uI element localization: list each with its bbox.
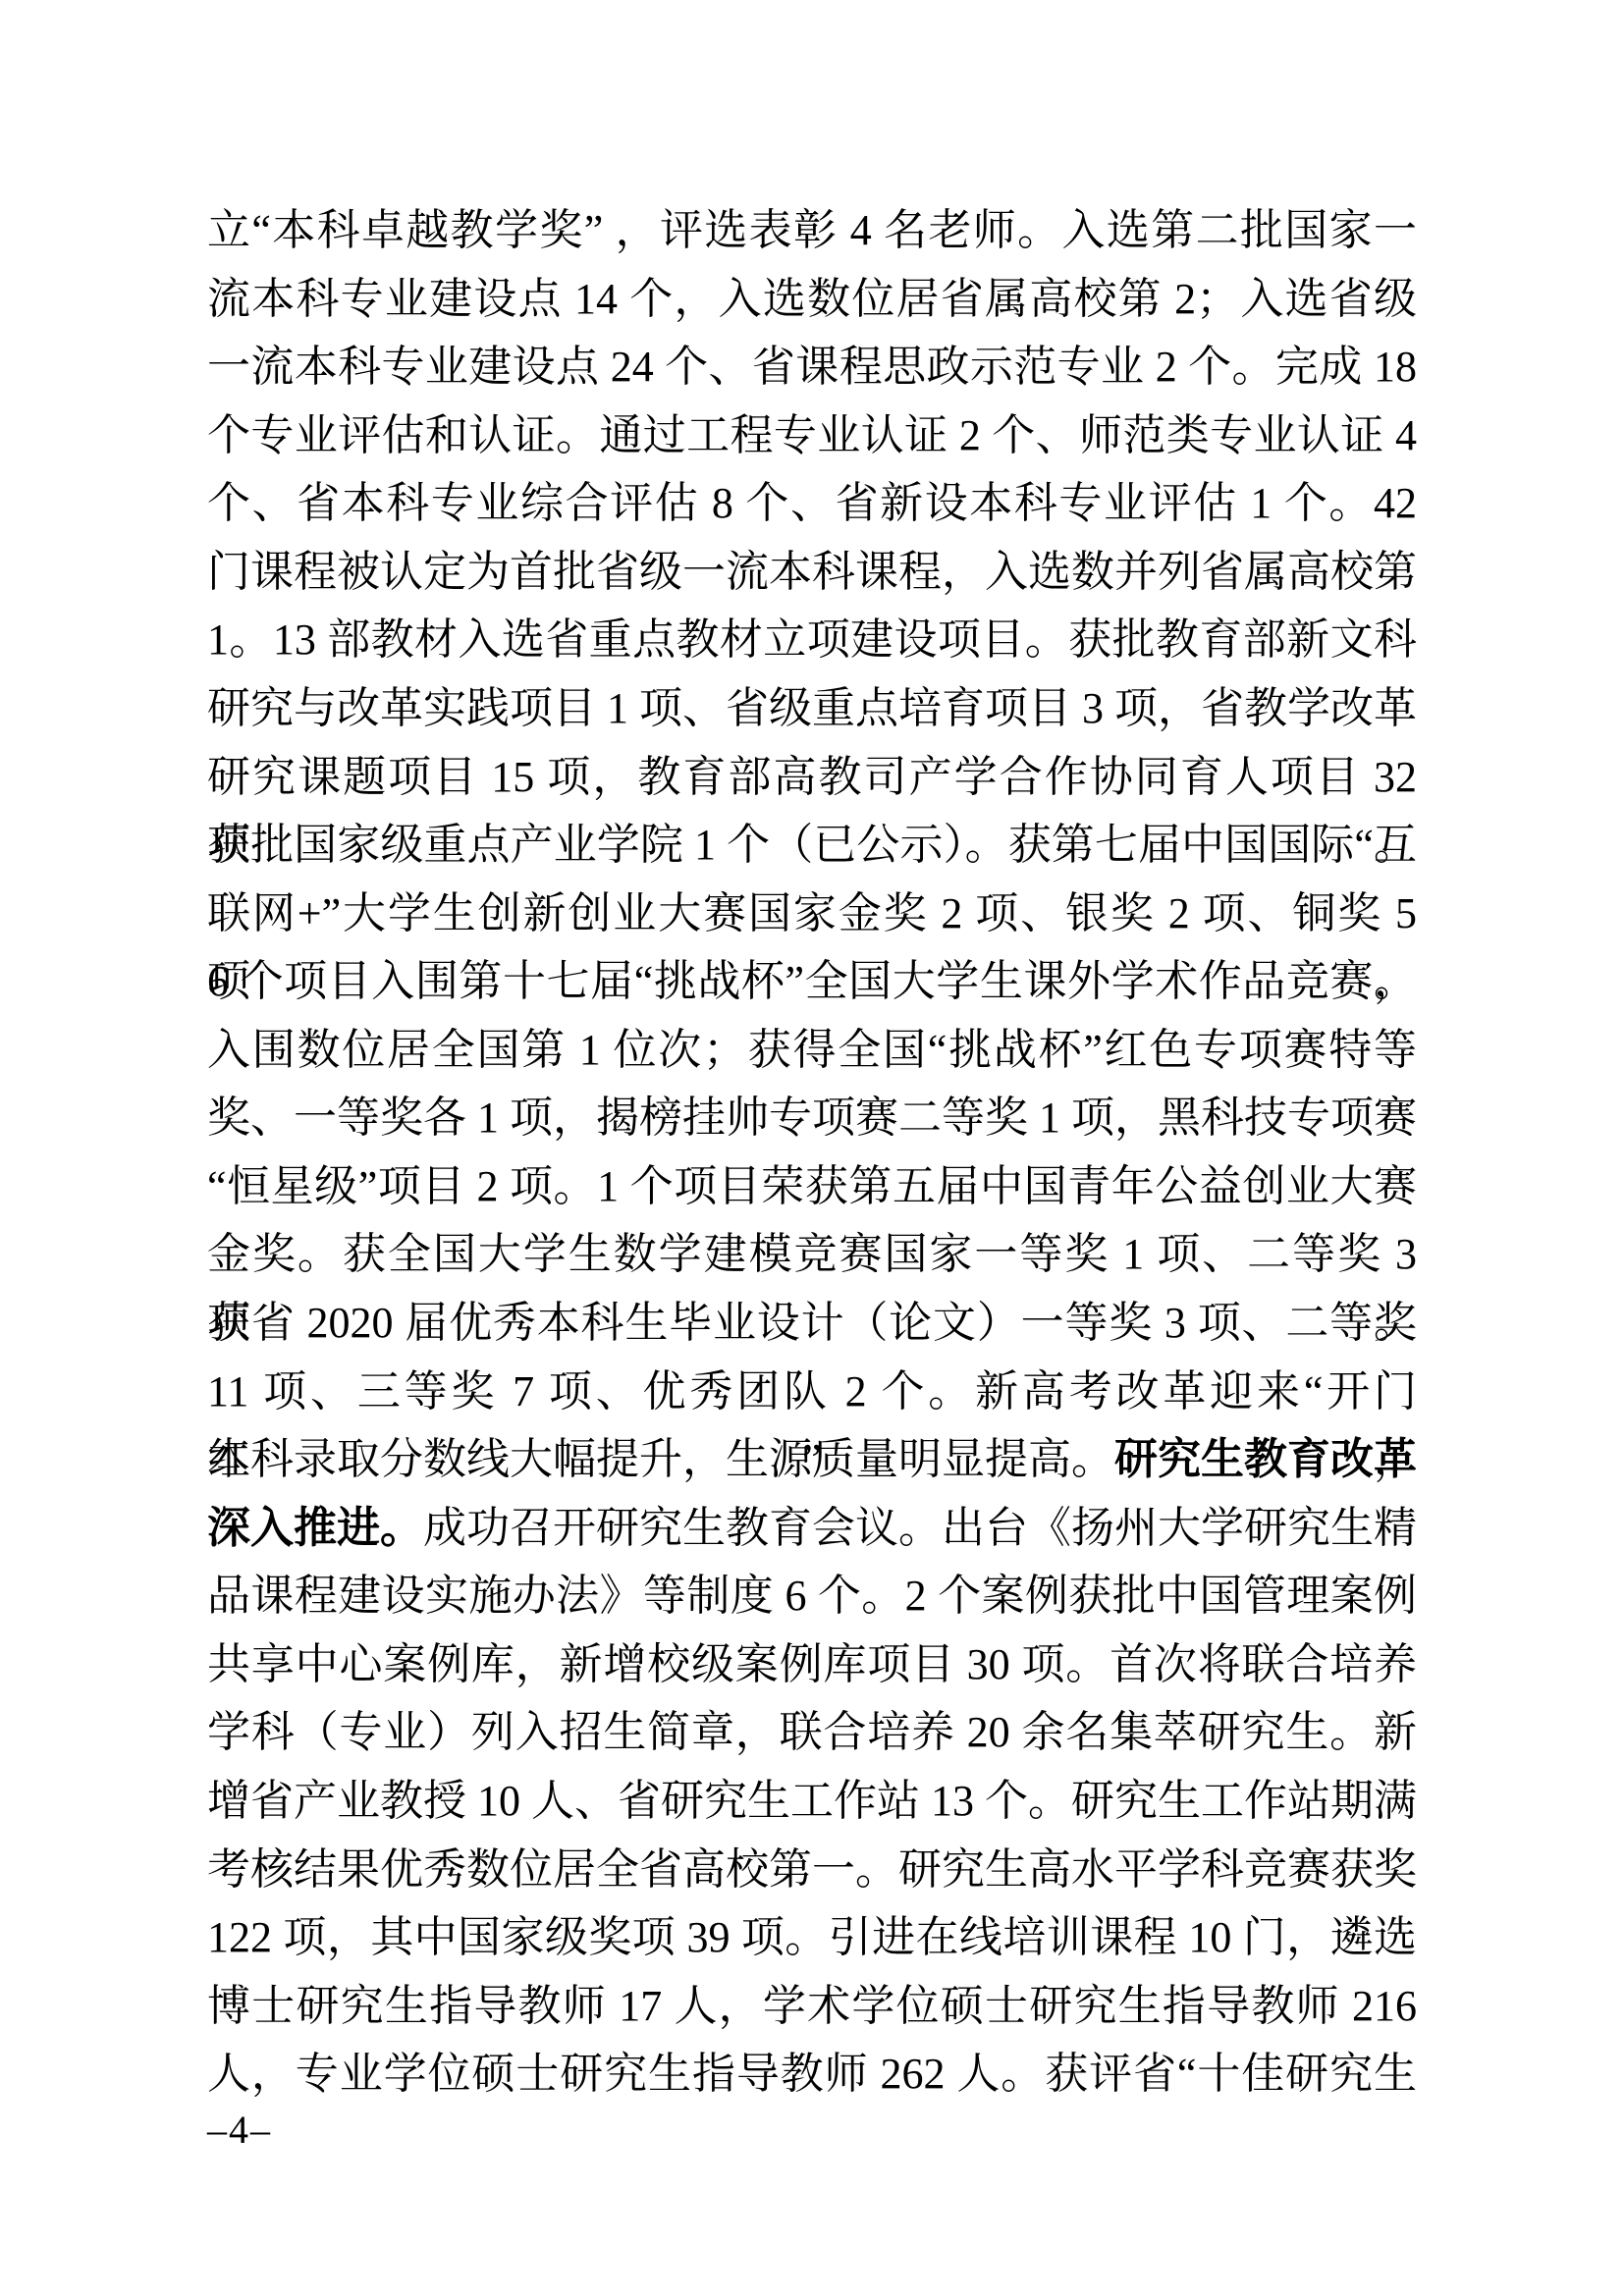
text-segment: 本科录取分数线大幅提升，生源质量明显提高。 — [207, 1435, 1114, 1483]
text-segment: 获省 2020 届优秀本科生毕业设计（论文）一等奖 3 项、二等奖 — [207, 1299, 1417, 1347]
text-segment: 122 项，其中国家级奖项 39 项。引进在线培训课程 10 门，遴选 — [207, 1913, 1417, 1961]
bold-emphasis: 深入推进。 — [207, 1504, 423, 1552]
text-line: 研究与改革实践项目 1 项、省级重点培育项目 3 项，省教学改革 — [207, 674, 1417, 743]
text-line: 个、省本科专业综合评估 8 个、省新设本科专业评估 1 个。42 — [207, 469, 1417, 538]
text-line: 共享中心案例库，新增校级案例库项目 30 项。首次将联合培养 — [207, 1630, 1417, 1699]
text-line: 博士研究生指导教师 17 人，学术学位硕士研究生指导教师 216 — [207, 1972, 1417, 2041]
text-segment: 流本科专业建设点 14 个，入选数位居省属高校第 2；入选省级 — [207, 275, 1417, 323]
text-line: 获省 2020 届优秀本科生毕业设计（论文）一等奖 3 项、二等奖 — [207, 1289, 1417, 1358]
page-number: –4– — [207, 2105, 272, 2156]
text-segment: 立“本科卓越教学奖” ，评选表彰 4 名老师。入选第二批国家一 — [207, 206, 1417, 254]
text-line: 个专业评估和认证。通过工程专业认证 2 个、师范类专业认证 4 — [207, 401, 1417, 470]
text-segment: 门课程被认定为首批省级一流本科课程，入选数并列省属高校第 — [207, 548, 1417, 596]
text-segment: 研究与改革实践项目 1 项、省级重点培育项目 3 项，省教学改革 — [207, 684, 1417, 732]
bold-emphasis: 研究生教育改革 — [1114, 1435, 1417, 1483]
text-segment: 一流本科专业建设点 24 个、省课程思政示范专业 2 个。完成 18 — [207, 343, 1417, 391]
text-segment: 6 个项目入围第十七届“挑战杯”全国大学生课外学术作品竞赛， — [207, 957, 1417, 1005]
text-segment: 奖、一等奖各 1 项，揭榜挂帅专项赛二等奖 1 项，黑科技专项赛 — [207, 1094, 1417, 1142]
text-segment: 个、省本科专业综合评估 8 个、省新设本科专业评估 1 个。42 — [207, 479, 1417, 527]
text-line: 品课程建设实施办法》等制度 6 个。2 个案例获批中国管理案例 — [207, 1562, 1417, 1630]
text-line: 11 项、三等奖 7 项、优秀团队 2 个。新高考改革迎来“开门红”， — [207, 1358, 1417, 1426]
text-segment: 人，专业学位硕士研究生指导教师 262 人。获评省“十佳研究生 — [207, 2050, 1417, 2098]
text-segment: 增省产业教授 10 人、省研究生工作站 13 个。研究生工作站期满 — [207, 1777, 1417, 1825]
text-segment: 品课程建设实施办法》等制度 6 个。2 个案例获批中国管理案例 — [207, 1572, 1417, 1620]
text-segment: “恒星级”项目 2 项。1 个项目荣获第五届中国青年公益创业大赛 — [207, 1162, 1417, 1210]
text-line: 6 个项目入围第十七届“挑战杯”全国大学生课外学术作品竞赛， — [207, 947, 1417, 1016]
text-line: 深入推进。成功召开研究生教育会议。出台《扬州大学研究生精 — [207, 1494, 1417, 1563]
text-line: 人，专业学位硕士研究生指导教师 262 人。获评省“十佳研究生 — [207, 2040, 1417, 2109]
text-segment: 成功召开研究生教育会议。出台《扬州大学研究生精 — [423, 1504, 1417, 1552]
text-segment: 获批国家级重点产业学院 1 个（已公示）。获第七届中国国际“互 — [207, 821, 1417, 869]
text-line: 获批国家级重点产业学院 1 个（已公示）。获第七届中国国际“互 — [207, 811, 1417, 880]
text-line: 流本科专业建设点 14 个，入选数位居省属高校第 2；入选省级 — [207, 265, 1417, 334]
text-segment: 1。13 部教材入选省重点教材立项建设项目。获批教育部新文科 — [207, 615, 1417, 664]
document-page: 立“本科卓越教学奖” ，评选表彰 4 名老师。入选第二批国家一流本科专业建设点 … — [0, 0, 1624, 2296]
text-line: 1。13 部教材入选省重点教材立项建设项目。获批教育部新文科 — [207, 606, 1417, 674]
text-line: 立“本科卓越教学奖” ，评选表彰 4 名老师。入选第二批国家一 — [207, 196, 1417, 265]
text-line: 入围数位居全国第 1 位次；获得全国“挑战杯”红色专项赛特等 — [207, 1016, 1417, 1085]
text-line: 奖、一等奖各 1 项，揭榜挂帅专项赛二等奖 1 项，黑科技专项赛 — [207, 1084, 1417, 1152]
text-line: 考核结果优秀数位居全省高校第一。研究生高水平学科竞赛获奖 — [207, 1836, 1417, 1904]
text-line: 学科（专业）列入招生简章，联合培养 20 余名集萃研究生。新 — [207, 1698, 1417, 1767]
text-block: 立“本科卓越教学奖” ，评选表彰 4 名老师。入选第二批国家一流本科专业建设点 … — [207, 196, 1417, 2109]
text-segment: 个专业评估和认证。通过工程专业认证 2 个、师范类专业认证 4 — [207, 411, 1417, 459]
text-segment: 考核结果优秀数位居全省高校第一。研究生高水平学科竞赛获奖 — [207, 1845, 1417, 1894]
text-line: 联网+”大学生创新创业大赛国家金奖 2 项、银奖 2 项、铜奖 5 项。 — [207, 880, 1417, 948]
text-segment: 共享中心案例库，新增校级案例库项目 30 项。首次将联合培养 — [207, 1640, 1417, 1688]
text-segment: 博士研究生指导教师 17 人，学术学位硕士研究生指导教师 216 — [207, 1982, 1417, 2030]
text-line: 研究课题项目 15 项，教育部高教司产学合作协同育人项目 32 项。 — [207, 743, 1417, 812]
text-line: 一流本科专业建设点 24 个、省课程思政示范专业 2 个。完成 18 — [207, 333, 1417, 401]
text-line: 金奖。获全国大学生数学建模竞赛国家一等奖 1 项、二等奖 3 项。 — [207, 1220, 1417, 1289]
text-line: 增省产业教授 10 人、省研究生工作站 13 个。研究生工作站期满 — [207, 1767, 1417, 1836]
text-line: 本科录取分数线大幅提升，生源质量明显提高。研究生教育改革 — [207, 1425, 1417, 1494]
text-segment: 入围数位居全国第 1 位次；获得全国“挑战杯”红色专项赛特等 — [207, 1026, 1417, 1074]
text-line: 122 项，其中国家级奖项 39 项。引进在线培训课程 10 门，遴选 — [207, 1903, 1417, 1972]
text-segment: 学科（专业）列入招生简章，联合培养 20 余名集萃研究生。新 — [207, 1708, 1417, 1756]
text-line: “恒星级”项目 2 项。1 个项目荣获第五届中国青年公益创业大赛 — [207, 1152, 1417, 1221]
text-line: 门课程被认定为首批省级一流本科课程，入选数并列省属高校第 — [207, 538, 1417, 607]
